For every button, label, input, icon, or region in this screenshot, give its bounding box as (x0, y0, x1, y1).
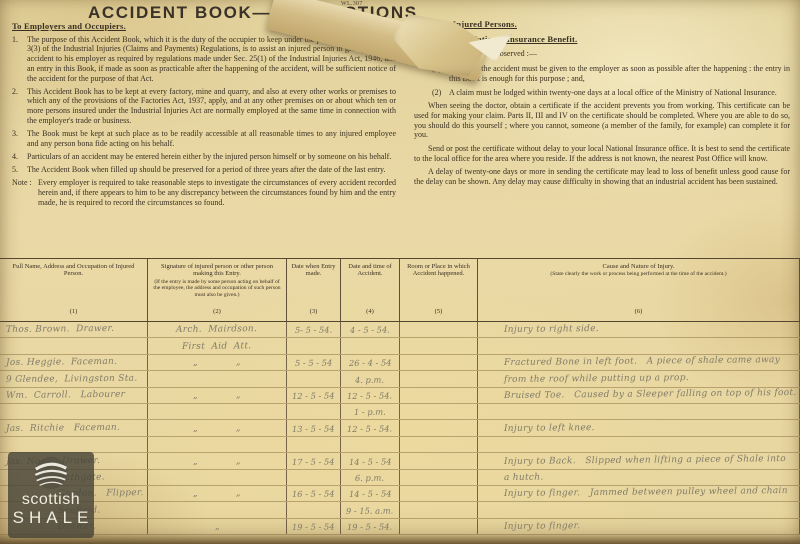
rule-text: A claim must be lodged within twenty-one… (449, 88, 777, 98)
header-title: Date when Entry made. (290, 263, 337, 278)
rule-item: (1) Notice of the accident must be given… (432, 64, 790, 83)
handwritten-entry: 5- 5 - 54. (295, 324, 332, 337)
header-column-number: (4) (366, 308, 374, 319)
header-title: Signature of injured person or other per… (151, 263, 283, 278)
handwritten-sig: „ „ (193, 455, 241, 469)
handwritten-acc: 19 - 5 - 54. (347, 521, 392, 534)
cell-acc: 9 - 15. a.m. (341, 502, 400, 517)
handwritten-name: Thos. Brown. Drawer. (6, 323, 115, 337)
cell-cause (478, 437, 800, 452)
cell-room (400, 437, 478, 452)
item-number: 1. (12, 35, 27, 84)
handwritten-cause: Injury to right side. (504, 323, 599, 337)
header-column-number: (6) (635, 308, 643, 319)
cell-acc: 19 - 5 - 54. (341, 519, 400, 534)
header-subtitle: (State clearly the work or process being… (550, 271, 726, 277)
cell-acc: 26 - 4 - 54 (341, 355, 400, 370)
cell-acc: 4. p.m. (341, 371, 400, 386)
advice-paragraph: Send or post the certificate without del… (414, 144, 790, 163)
accident-book-page: WL.307 ACCIDENT BOOK—INSTRUCTIONS To Emp… (0, 0, 800, 544)
handwritten-cause: Injury to Back. Slipped when lifting a p… (504, 453, 786, 469)
cell-sig: „ „ (148, 388, 287, 403)
table-row: Jas. Noel. Drawer.„ „17 - 5 - 5414 - 5 -… (0, 453, 800, 469)
handwritten-acc: 1 - p.m. (354, 406, 386, 419)
cell-room (400, 470, 478, 485)
cell-sig (148, 470, 287, 485)
cell-cause: Injury to finger. (478, 519, 800, 534)
cell-cause: Fractured Bone in left foot. A piece of … (478, 355, 800, 370)
cell-name: Jas. Ritchie Faceman. (0, 420, 148, 435)
header-cell-date-accident: Date and time of Accident. (4) (341, 259, 400, 321)
cell-cause: Bruised Toe. Caused by a Sleeper falling… (478, 388, 800, 403)
handwritten-acc: 9 - 15. a.m. (346, 504, 393, 517)
header-cell-signature: Signature of injured person or other per… (148, 259, 287, 321)
rule-text: Notice of the accident must be given to … (449, 64, 790, 83)
accident-entries-table: Full Name, Address and Occupation of Inj… (0, 258, 800, 535)
handwritten-sig: „ (214, 521, 219, 534)
advice-paragraph: When seeing the doctor, obtain a certifi… (414, 101, 790, 140)
cell-sig (148, 502, 287, 517)
table-row: 1 - p.m. (0, 404, 800, 420)
watermark-text-shale: SHALE (9, 508, 94, 527)
table-row: First Aid Att. (0, 338, 800, 354)
table-row: 9 Glendee, Livingston Sta.4. p.m.from th… (0, 371, 800, 387)
cell-room (400, 322, 478, 337)
note-text: Every employer is required to take reaso… (38, 178, 396, 207)
cell-sig: „ (148, 519, 287, 534)
globe-icon (32, 454, 70, 492)
cell-acc: 12 - 5 - 54. (341, 420, 400, 435)
handwritten-acc: 4. p.m. (355, 373, 384, 386)
cell-name: 9 Glendee, Livingston Sta. (0, 371, 148, 386)
handwritten-acc: 6. p.m. (355, 472, 384, 485)
cell-entry (287, 470, 341, 485)
table-row (0, 437, 800, 453)
cell-sig (148, 437, 287, 452)
cell-room (400, 453, 478, 468)
instruction-item: 4. Particulars of an accident may be ent… (12, 152, 396, 162)
cell-entry (287, 338, 341, 353)
cell-room (400, 420, 478, 435)
note-label: Note : (12, 178, 38, 207)
item-text: The Book must be kept at such place as t… (27, 129, 396, 148)
handwritten-sig: „ „ (193, 389, 241, 403)
handwritten-acc: 14 - 5 - 54 (349, 455, 392, 468)
handwritten-entry: 19 - 5 - 54 (292, 521, 335, 534)
handwritten-name: Jos. Heggie. Faceman. (6, 356, 118, 370)
cell-sig: First Aid Att. (148, 338, 287, 353)
instruction-item: 5. The Accident Book when filled up shou… (12, 165, 396, 175)
cell-entry: 5 - 5 - 54 (287, 355, 341, 370)
cell-sig (148, 371, 287, 386)
cell-cause (478, 338, 800, 353)
cell-name: Jos. Heggie. Faceman. (0, 355, 148, 370)
cell-name: Wm. Carroll. Labourer (0, 388, 148, 403)
cell-acc (341, 437, 400, 452)
handwritten-acc: 12 - 5 - 54. (347, 389, 392, 402)
header-cell-date-entry: Date when Entry made. (3) (287, 259, 341, 321)
note-item: Note : Every employer is required to tak… (12, 178, 396, 207)
header-cell-name: Full Name, Address and Occupation of Inj… (0, 259, 148, 321)
cell-room (400, 355, 478, 370)
header-column-number: (3) (310, 308, 318, 319)
handwritten-cause: a hutch. (504, 471, 544, 484)
handwritten-acc: 4 - 5 - 54. (350, 324, 390, 337)
header-cell-room: Room or Place in which Accident happened… (400, 259, 478, 321)
cell-room (400, 519, 478, 534)
rule-number: (2) (432, 88, 449, 98)
handwritten-entry: 16 - 5 - 54 (292, 488, 335, 501)
cell-entry (287, 404, 341, 419)
handwritten-entry: 17 - 5 - 54 (292, 455, 335, 468)
table-row: Thos. Brown. Drawer.Arch. Mairdson.5- 5 … (0, 322, 800, 338)
header-cell-cause: Cause and Nature of Injury. (State clear… (478, 259, 800, 321)
handwritten-cause: from the roof while putting up a prop. (504, 372, 689, 387)
cell-sig: „ „ (148, 355, 287, 370)
cell-room (400, 388, 478, 403)
cell-acc: 4 - 5 - 54. (341, 322, 400, 337)
handwritten-name: Jas. Ritchie Faceman. (6, 422, 120, 436)
table-row: Jos. Heggie. Faceman.„ „5 - 5 - 5426 - 4… (0, 355, 800, 371)
table-row: Gordon. Flipper.„ „16 - 5 - 5414 - 5 - 5… (0, 486, 800, 502)
cell-cause: a hutch. (478, 470, 800, 485)
cell-cause: Injury to finger. Jammed between pulley … (478, 486, 800, 501)
cell-name (0, 437, 148, 452)
header-column-number: (5) (435, 308, 443, 319)
cell-cause (478, 404, 800, 419)
header-title: Cause and Nature of Injury. (603, 263, 675, 270)
handwritten-cause: Injury to finger. Jammed between pulley … (504, 485, 788, 501)
item-number: 4. (12, 152, 27, 162)
cell-sig: Arch. Mairdson. (148, 322, 287, 337)
advice-paragraph: A delay of twenty-one days or more in se… (414, 167, 790, 186)
header-title: Room or Place in which Accident happened… (403, 263, 474, 278)
table-row: Jas. Ritchie Faceman.„ „13 - 5 - 5412 - … (0, 420, 800, 436)
instruction-item: 2. This Accident Book has to be kept at … (12, 87, 396, 126)
header-column-number: (1) (70, 308, 78, 319)
instruction-item: 3. The Book must be kept at such place a… (12, 129, 396, 148)
table-header-row: Full Name, Address and Occupation of Inj… (0, 258, 800, 322)
cell-room (400, 371, 478, 386)
cell-cause (478, 502, 800, 517)
cell-entry: 12 - 5 - 54 (287, 388, 341, 403)
cell-room (400, 404, 478, 419)
cell-sig: „ „ (148, 453, 287, 468)
cell-acc: 1 - p.m. (341, 404, 400, 419)
table-row: Drawer.„19 - 5 - 5419 - 5 - 54.Injury to… (0, 519, 800, 535)
table-row: Wm. Carroll. Labourer„ „12 - 5 - 5412 - … (0, 388, 800, 404)
handwritten-acc: 26 - 4 - 54 (349, 357, 392, 370)
handwritten-acc: 12 - 5 - 54. (347, 422, 392, 435)
header-title: Full Name, Address and Occupation of Inj… (3, 263, 144, 278)
handwritten-cause: Bruised Toe. Caused by a Sleeper falling… (504, 387, 797, 403)
item-number: 3. (12, 129, 27, 148)
item-number: 5. (12, 165, 27, 175)
item-text: This Accident Book has to be kept at eve… (27, 87, 396, 126)
cell-entry: 13 - 5 - 54 (287, 420, 341, 435)
cell-sig: „ „ (148, 486, 287, 501)
cell-entry (287, 502, 341, 517)
cell-acc: 12 - 5 - 54. (341, 388, 400, 403)
cell-name (0, 338, 148, 353)
handwritten-entry: 13 - 5 - 54 (292, 422, 335, 435)
cell-room (400, 338, 478, 353)
header-column-number: (2) (213, 308, 221, 319)
cell-entry: 17 - 5 - 54 (287, 453, 341, 468)
cell-room (400, 486, 478, 501)
watermark-text-scottish: scottish (22, 492, 80, 508)
rule-item: (2) A claim must be lodged within twenty… (432, 88, 790, 98)
cell-room (400, 502, 478, 517)
cell-cause: Injury to left knee. (478, 420, 800, 435)
cell-acc (341, 338, 400, 353)
item-number: 2. (12, 87, 27, 126)
table-body: Thos. Brown. Drawer.Arch. Mairdson.5- 5 … (0, 322, 800, 535)
cell-entry (287, 371, 341, 386)
header-title: Date and time of Accident. (344, 263, 396, 278)
table-row: Seafield.9 - 15. a.m. (0, 502, 800, 518)
cell-acc: 6. p.m. (341, 470, 400, 485)
handwritten-sig: Arch. Mairdson. (176, 324, 257, 338)
handwritten-sig: „ „ (193, 357, 241, 371)
cell-entry: 5- 5 - 54. (287, 322, 341, 337)
cell-sig (148, 404, 287, 419)
handwritten-sig: „ „ (193, 488, 241, 502)
handwritten-acc: 14 - 5 - 54 (349, 488, 392, 501)
table-row: Bathgate.6. p.m.a hutch. (0, 470, 800, 486)
advice-heading: Advice to Injured Persons. (414, 20, 790, 30)
header-subtitle: (If the entry is made by some person act… (151, 279, 283, 298)
cell-entry: 19 - 5 - 54 (287, 519, 341, 534)
scottish-shale-watermark: scottish SHALE (8, 452, 94, 538)
cell-name (0, 404, 148, 419)
instructions-employers-column: To Employers and Occupiers. 1. The purpo… (12, 22, 396, 211)
cell-cause: Injury to right side. (478, 322, 800, 337)
cell-acc: 14 - 5 - 54 (341, 486, 400, 501)
handwritten-entry: 5 - 5 - 54 (295, 357, 332, 370)
handwritten-name: Wm. Carroll. Labourer (6, 389, 125, 403)
handwritten-name: 9 Glendee, Livingston Sta. (6, 372, 138, 386)
cell-entry (287, 437, 341, 452)
handwritten-sig: First Aid Att. (182, 340, 252, 354)
cell-cause: from the roof while putting up a prop. (478, 371, 800, 386)
page-bottom-edge (0, 534, 800, 544)
cell-entry: 16 - 5 - 54 (287, 486, 341, 501)
handwritten-entry: 12 - 5 - 54 (292, 390, 335, 403)
cell-cause: Injury to Back. Slipped when lifting a p… (478, 453, 800, 468)
item-text: The Accident Book when filled up should … (27, 165, 396, 175)
handwritten-cause: Injury to finger. (504, 520, 581, 534)
handwritten-sig: „ „ (193, 422, 241, 436)
cell-acc: 14 - 5 - 54 (341, 453, 400, 468)
handwritten-cause: Fractured Bone in left foot. A piece of … (504, 354, 780, 370)
cell-name: Thos. Brown. Drawer. (0, 322, 148, 337)
cell-sig: „ „ (148, 420, 287, 435)
item-text: Particulars of an accident may be entere… (27, 152, 396, 162)
handwritten-cause: Injury to left knee. (504, 422, 595, 436)
